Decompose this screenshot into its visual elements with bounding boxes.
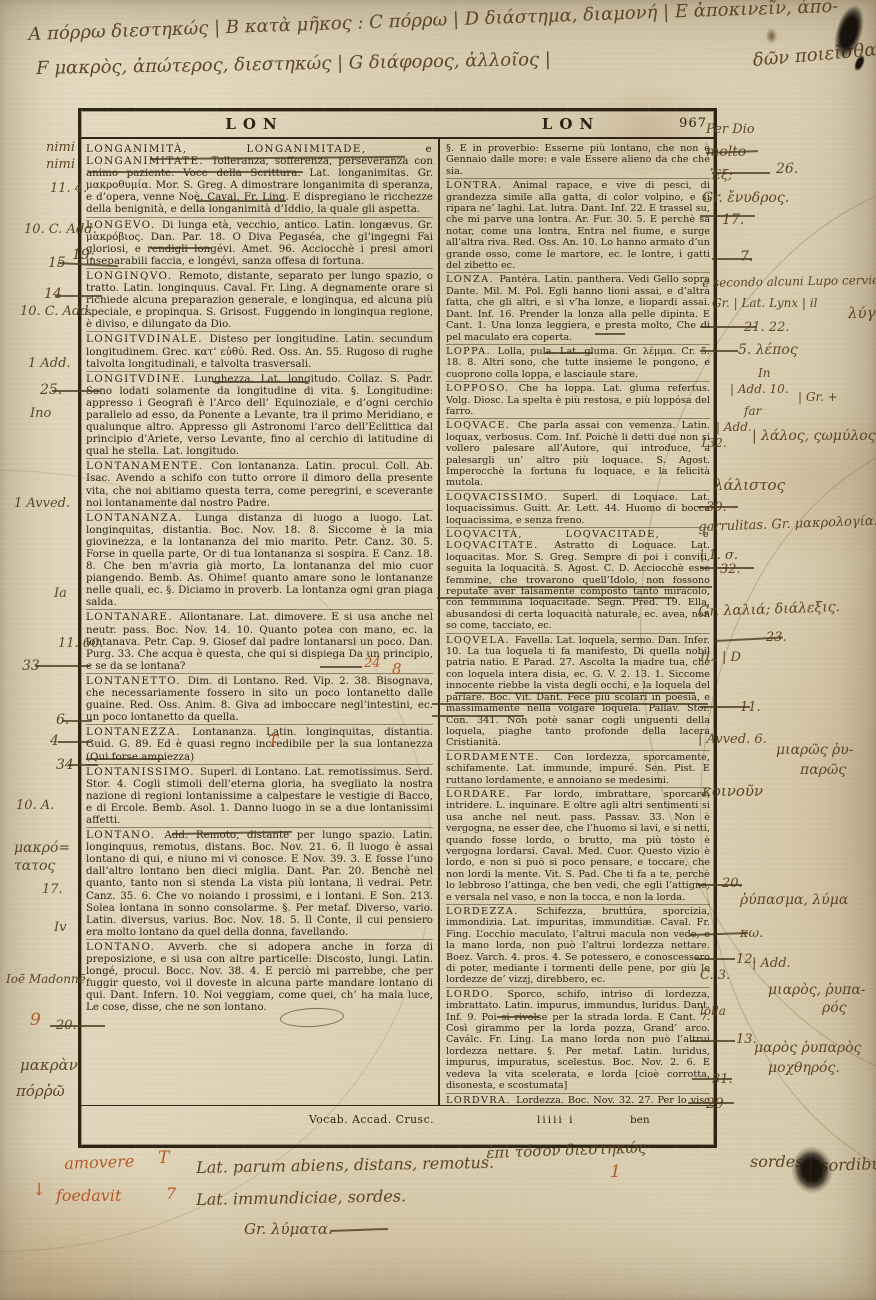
dictionary-entry: LONTANO. Avverb. che si adopera anche in… xyxy=(86,939,433,1014)
dictionary-entry: LORDEZZA. Schifezza, bruttúra, sporcizia… xyxy=(446,904,710,986)
ink-blot-drip xyxy=(852,53,868,73)
dictionary-entry: LORDARE. Far lordo, imbrattare, sporcare… xyxy=(446,787,710,903)
entry-headword: LONZA. xyxy=(446,274,499,285)
handwritten-annotation: 12. xyxy=(736,952,757,967)
handwritten-annotation: Gr. | Lat. Lynx | il xyxy=(712,296,817,310)
handwritten-annotation: nimi xyxy=(46,140,75,155)
dictionary-entry: LONTANANZA. Lunga distanza di luogo a lu… xyxy=(86,510,433,609)
handwritten-annotation: 1 xyxy=(610,1162,621,1182)
handwritten-annotation: foedavit xyxy=(56,1186,121,1205)
handwritten-annotation: 34 xyxy=(56,757,74,773)
handwritten-annotation: 14 xyxy=(44,286,62,302)
entry-headword: LORDAMENTE. xyxy=(446,752,554,763)
dictionary-entry: LOQVACITÀ, LOQVACITADE, e LOQVACITATE. … xyxy=(446,527,710,632)
entry-headword: LONTANARE. xyxy=(86,611,179,623)
footer-imprint: Vocab. Accad. Crusc. xyxy=(309,1113,434,1126)
ink-line xyxy=(330,1228,388,1232)
dictionary-entry: LORDO. Sporco, schifo, intriso di lordez… xyxy=(446,987,710,1092)
entry-headword: LONTRA. xyxy=(446,180,513,191)
entry-headword: LONTANO. xyxy=(86,829,164,841)
handwritten-annotation: παρῶς xyxy=(800,762,846,778)
handwritten-annotation: ρός xyxy=(822,1000,847,1016)
handwritten-annotation: 7 xyxy=(166,1184,176,1203)
dictionary-entry: LONGINQVO. Remoto, distante, separato pe… xyxy=(86,268,433,330)
handwritten-annotation: far xyxy=(744,404,761,418)
entry-headword: LONTANO. xyxy=(86,941,168,953)
dictionary-entry: LOQVACE. Che parla assai con vemenza. La… xyxy=(446,418,710,488)
handwritten-annotation: μοχθηρός. xyxy=(768,1060,840,1076)
handwritten-annotation: T xyxy=(158,1148,169,1168)
dictionary-entry: LOPPA. Lolla, pula. Lat. gluma. Gr. λέμμ… xyxy=(446,344,710,380)
handwritten-annotation: 17. xyxy=(722,212,744,228)
handwritten-annotation: 17. xyxy=(42,882,63,897)
dictionary-entry: LONTANETTO. Dim. di Lontano. Red. Vip. 2… xyxy=(86,673,433,723)
handwritten-annotation: | Add. 10. xyxy=(730,382,789,396)
handwritten-annotation: ↓ xyxy=(32,1180,46,1200)
entry-headword: LONTANETTO. xyxy=(86,675,188,687)
handwritten-annotation: Ia xyxy=(54,586,67,601)
handwritten-annotation: μακρό= xyxy=(14,840,70,856)
entry-headword: LONTANANZA. xyxy=(86,512,195,524)
handwritten-annotation: | Add. xyxy=(716,420,752,434)
dictionary-entry: LONTANEZZA. Lontananza. Latin. longinqui… xyxy=(86,724,433,762)
handwritten-annotation: Ino xyxy=(30,406,51,421)
entry-headword: LONTANAMENTE. xyxy=(86,460,211,472)
dictionary-entry: LOPPOSO. Che ha loppa. Lat. gluma refert… xyxy=(446,381,710,417)
handwritten-annotation: 20. xyxy=(56,1018,77,1033)
handwritten-annotation: ῥύπασμα, λύμα xyxy=(740,892,848,908)
ink-smudge xyxy=(764,26,779,46)
dictionary-entry: LOQVACISSIMO. Superl. di Loquace. Lat. l… xyxy=(446,490,710,526)
handwritten-annotation: 15 xyxy=(48,255,66,271)
entry-headword: LOQVACISSIMO. xyxy=(446,492,563,503)
handwritten-annotation: 20. xyxy=(722,876,743,891)
entry-headword: LONGEVO. xyxy=(86,219,162,231)
handwritten-annotation: 4 xyxy=(50,733,59,749)
paper-crease-arc xyxy=(700,430,876,1192)
dictionary-entry: LONTANARE. Allontanare. Lat. dimovere. E… xyxy=(86,609,433,671)
text-columns: LONGANIMITÀ, LONGANIMITADE, e LONGANIMI… xyxy=(81,139,714,1105)
signature-mark: liiii i xyxy=(537,1114,575,1126)
dictionary-entry: LONTANO. Add. Remoto, distante per lungo… xyxy=(86,827,433,938)
entry-headword: LORDARE. xyxy=(446,789,525,800)
handwritten-annotation: 26. xyxy=(776,161,798,177)
ink-line xyxy=(715,636,783,641)
entry-headword: LOQVELA. xyxy=(446,635,515,646)
handwritten-annotation: nimi xyxy=(46,157,75,172)
handwritten-annotation: | Add. xyxy=(752,956,791,971)
handwritten-annotation: μιαρῶς ῥυ- xyxy=(776,742,853,758)
dictionary-entry: LORDAMENTE. Con lordezza, sporcamente, s… xyxy=(446,750,710,786)
dictionary-entry: LONGEVO. Di lunga età, vecchio, antico. … xyxy=(86,217,433,267)
handwritten-annotation: garrulitas. Gr. μακρολογία. xyxy=(698,514,876,535)
running-title-left: LON xyxy=(81,115,428,133)
handwritten-annotation: κω. xyxy=(740,926,763,941)
column-right: §. E in proverbio: Esserne più lontano, … xyxy=(438,139,714,1105)
ink-blot xyxy=(788,1143,836,1196)
handwritten-annotation: 13. xyxy=(736,1032,757,1047)
entry-headword: LONGITVDINE. xyxy=(86,373,194,385)
ink-line xyxy=(712,258,752,260)
handwritten-annotation: Gr. λαλιά; διάλεξις. xyxy=(698,599,840,620)
footer: Vocab. Accad. Crusc. liiii i ben xyxy=(81,1105,714,1138)
entry-headword: LOPPOSO. xyxy=(446,383,519,394)
handwritten-annotation: μαρὸς ῥυπαρὸς xyxy=(754,1040,861,1056)
handwritten-annotation: 1 Avved. xyxy=(14,496,70,511)
handwritten-annotation: Iv xyxy=(54,920,66,935)
entry-headword: LONGITVDINALE. xyxy=(86,333,210,345)
entry-headword: LORDEZZA. xyxy=(446,906,536,917)
handwritten-annotation: μιαρὸς, ῥυπα- xyxy=(768,982,866,998)
dictionary-entry: LONGITVDINE. Lunghezza. Lat. longitudo. … xyxy=(86,371,433,458)
handwritten-annotation: 23. xyxy=(766,630,787,645)
dictionary-entry: LORDVRA. Lordezza. Boc. Nov. 32. 27. Per… xyxy=(446,1093,710,1106)
handwritten-annotation: τατος xyxy=(14,858,55,874)
entry-headword: LONGINQVO. xyxy=(86,270,179,282)
entry-headword: LONTANEZZA. xyxy=(86,726,192,738)
handwritten-annotation: sordes xyxy=(750,1152,803,1171)
handwritten-annotation: sordibus xyxy=(820,1154,876,1175)
handwritten-annotation: | λάλος, ςωμύλος xyxy=(752,428,876,444)
handwritten-annotation: Gr. λύματα. xyxy=(244,1220,333,1238)
handwritten-annotation: 9 xyxy=(30,1010,41,1030)
handwritten-annotation: 5. λέπος xyxy=(738,342,798,358)
handwritten-annotation: 1 Add. xyxy=(28,356,71,371)
running-head: LON LON 967 xyxy=(81,111,714,139)
print-frame: LON LON 967 LONGANIMITÀ, LONGANIMITADE,… xyxy=(78,108,717,1148)
dictionary-entry: LONZA. Pantéra. Latin. panthera. Vedi Ge… xyxy=(446,272,710,342)
page-number: 967 xyxy=(679,116,707,131)
handwritten-annotation: 33 xyxy=(22,658,40,674)
catchword: ben xyxy=(630,1114,650,1126)
entry-headword: LORDVRA. xyxy=(446,1095,516,1106)
handwritten-annotation: Α πόρρω διεστηκώς | Β κατὰ μῆκος : C πόρ… xyxy=(28,0,839,45)
entry-headword: LOPPA. xyxy=(446,346,498,357)
handwritten-annotation: è secondo alcuni Lupo cerviere xyxy=(702,273,876,290)
handwritten-annotation: 11. xyxy=(740,700,761,715)
handwritten-annotation: In xyxy=(758,366,770,380)
running-title-right: LON xyxy=(428,115,714,133)
entry-headword: LOQVACITÀ, LOQVACITADE, e LOQVACITATE. xyxy=(446,529,710,551)
handwritten-annotation: 6. xyxy=(56,712,69,728)
dictionary-entry: LONTANISSIMO. Superl. di Lontano. Lat. r… xyxy=(86,764,433,826)
dictionary-entry: LOQVELA. Favella. Lat. loquela, sermo. D… xyxy=(446,633,710,749)
handwritten-annotation: 21. 22. xyxy=(744,320,789,335)
handwritten-annotation: πόρῤῶ xyxy=(16,1082,65,1100)
handwritten-annotation: amovere xyxy=(64,1152,135,1173)
dictionary-entry: LONGANIMITÀ, LONGANIMITADE, e LONGANIMI… xyxy=(86,143,433,216)
ink-line xyxy=(712,172,770,174)
handwritten-annotation: 32. xyxy=(720,562,741,577)
handwritten-annotation: 7. xyxy=(740,249,753,265)
handwritten-annotation: Ioē Madonnē xyxy=(6,972,86,986)
handwritten-annotation: μακρὰν xyxy=(20,1056,78,1074)
entry-headword: LONTANISSIMO. xyxy=(86,766,200,778)
ink-blot xyxy=(829,2,869,63)
handwritten-annotation: 25. xyxy=(40,382,62,398)
handwritten-annotation: Lat. immundiciae, sordes. xyxy=(196,1186,406,1209)
entry-headword: LONGANIMITÀ, LONGANIMITADE, e LONGANIMI… xyxy=(86,143,433,167)
dictionary-entry: LONTANAMENTE. Con lontananza. Latin. pro… xyxy=(86,458,433,508)
handwritten-annotation: | Gr. + xyxy=(798,390,838,404)
dictionary-entry: LONTRA. Animal rapace, e vive di pesci, … xyxy=(446,178,710,271)
handwritten-annotation: λύγξ xyxy=(848,304,876,322)
entry-headword: LOQVACE. xyxy=(446,420,518,431)
handwritten-annotation: λάλιστος xyxy=(714,476,785,494)
dictionary-entry: §. E in proverbio: Esserne più lontano, … xyxy=(446,143,710,177)
handwritten-annotation: δῶν ποιεῖσθαι xyxy=(752,39,876,71)
dictionary-entry: LONGITVDINALE. Disteso per longitudine. … xyxy=(86,331,433,369)
scanned-dictionary-page: LON LON 967 LONGANIMITÀ, LONGANIMITADE,… xyxy=(0,0,876,1300)
column-left: LONGANIMITÀ, LONGANIMITADE, e LONGANIMI… xyxy=(81,139,438,1105)
entry-headword: LORDO. xyxy=(446,989,507,1000)
handwritten-annotation: Lat. parum abiens, distans, remotus. xyxy=(196,1153,494,1177)
handwritten-annotation: F μακρὸς, ἀπώτερος, διεστηκώς | G διάφορ… xyxy=(36,49,551,79)
handwritten-annotation: 10. A. xyxy=(16,798,54,813)
